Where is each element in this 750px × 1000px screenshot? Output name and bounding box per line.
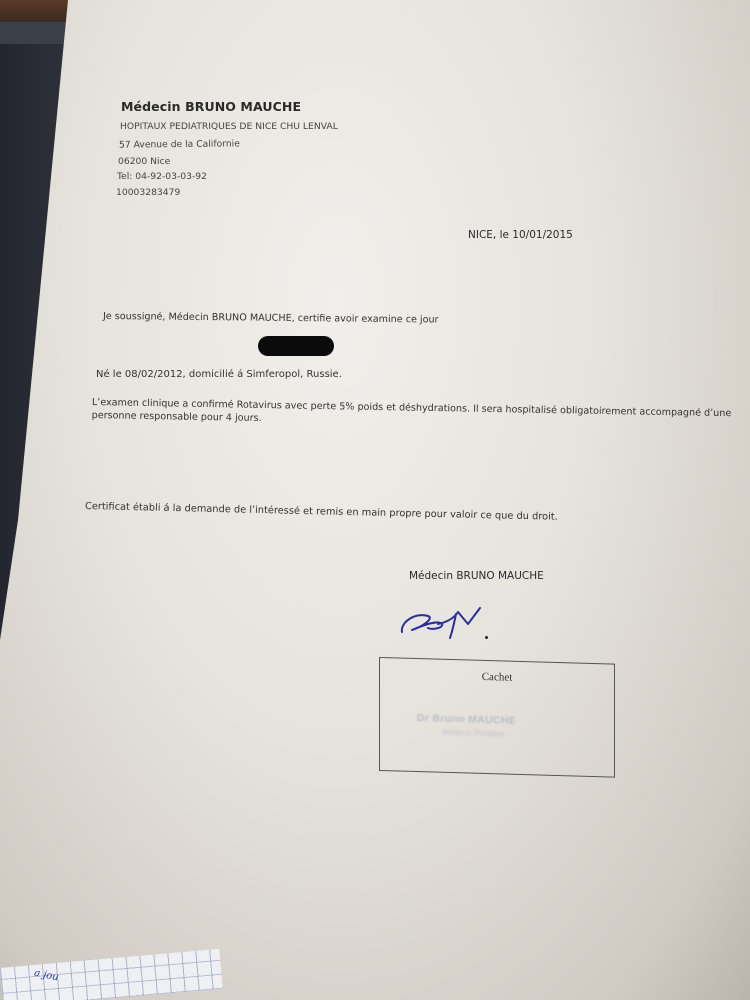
doctor-id-number: 10003283479 bbox=[116, 187, 180, 198]
hospital-name: HOPITAUX PEDIATRIQUES DE NICE CHU LENVAL bbox=[120, 121, 338, 132]
cachet-stamp-box: Cachet Dr Bruno MAUCHE Médecin Pédiatre bbox=[379, 657, 615, 778]
place-and-date: NICE, le 10/01/2015 bbox=[468, 229, 573, 241]
hospital-address: 57 Avenue de la Californie bbox=[119, 138, 240, 150]
stamp-specialty: Médecin Pédiatre bbox=[442, 728, 504, 739]
signature-dot bbox=[485, 636, 488, 639]
signatory-name: Médecin BRUNO MAUCHE bbox=[409, 570, 544, 582]
birth-and-residence: Né le 08/02/2012, domicilié á Simferopol… bbox=[96, 369, 342, 380]
hospital-city: 06200 Nice bbox=[118, 156, 170, 167]
stamp-doctor-name: Dr Bruno MAUCHE bbox=[417, 712, 516, 727]
patient-name-redaction bbox=[258, 336, 334, 356]
certificate-paper bbox=[0, 0, 750, 1000]
cachet-label: Cachet bbox=[380, 668, 614, 687]
handwritten-signature bbox=[398, 602, 488, 647]
doctor-name-heading: Médecin BRUNO MAUCHE bbox=[121, 99, 301, 114]
hospital-phone: Tel: 04-92-03-03-92 bbox=[117, 171, 207, 182]
